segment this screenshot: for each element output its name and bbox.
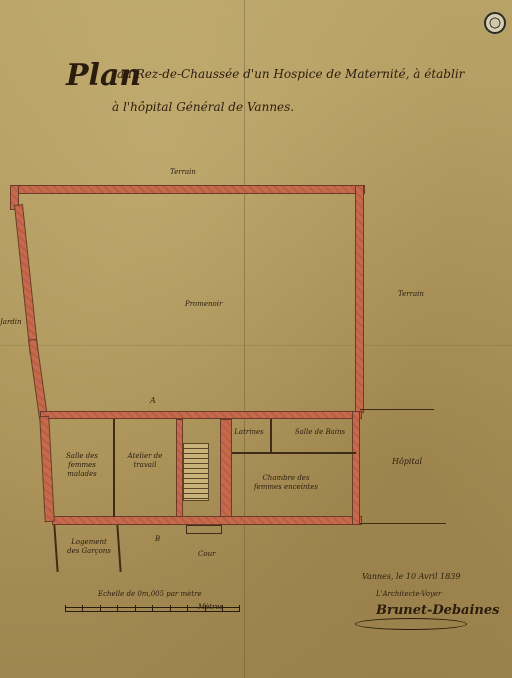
scale-unit: Mètres [198,603,223,611]
building-wall-east [352,411,360,525]
scale-tick [187,605,188,612]
building-wall-south [52,516,362,525]
archive-stamp-icon [484,12,506,34]
scale-tick [100,605,101,612]
scale-tick [239,605,240,612]
scale-tick [152,605,153,612]
entrance-step-2 [186,525,187,533]
title-line-1: au Rez-de-Chaussée d'un Hospice de Mater… [117,67,464,81]
label-promenoir: Promenoir [185,300,222,309]
signature-flourish [355,618,467,630]
hospital-outline-bottom [360,523,446,524]
architect-role: L'Architecte-Voyer [376,590,441,598]
label-cour: Cour [198,550,215,559]
scale-label: Echelle de 0m,005 par mètre [98,590,202,598]
wall-north [10,185,365,194]
label-left-jardin: Jardin [0,318,22,327]
partition-3 [270,419,272,452]
building-wall-north [40,411,362,419]
wall-west-lower [28,339,48,419]
room-atelier-travail: Atelier de travail [124,452,166,470]
entrance-step-4 [186,533,222,534]
entrance-step-1 [186,525,222,526]
label-hopital: Hôpital [392,457,422,467]
wall-east [355,185,364,413]
place-date: Vannes, le 10 Avril 1839 [362,572,460,581]
architect-signature: Brunet-Debaines [376,603,499,618]
scale-tick [170,605,171,612]
label-logement-garcons: Logement des Garçons [66,538,112,556]
scale-tick [82,605,83,612]
room-salle-bains: Salle de Bains [290,428,350,437]
staircase [183,443,209,501]
hospital-outline-top [360,409,434,410]
label-top-terrain: Terrain [170,168,196,177]
stair-wall-right [220,419,232,517]
scale-tick [135,605,136,612]
wall-line-right [116,525,121,572]
label-right-terrain: Terrain [398,290,424,299]
title-line-2: à l'hôpital Général de Vannes. [112,100,294,114]
entrance-step-3 [221,525,222,533]
section-mark-b: B [155,535,160,544]
scale-tick [117,605,118,612]
stair-wall-left [176,419,183,517]
section-mark-a: A [150,396,156,406]
partition-1 [113,419,115,517]
wall-line-left [53,525,58,572]
scale-tick [65,605,66,612]
building-wall-west [39,416,55,522]
wall-west-upper [14,204,39,354]
room-chambre-femmes-enceintes: Chambre des femmes enceintes [254,474,318,492]
partition-2 [232,452,356,454]
room-latrines: Latrines [234,428,264,437]
room-salle-femmes-malades: Salle des femmes malades [58,452,106,478]
paper-fold-horizontal [0,345,512,346]
